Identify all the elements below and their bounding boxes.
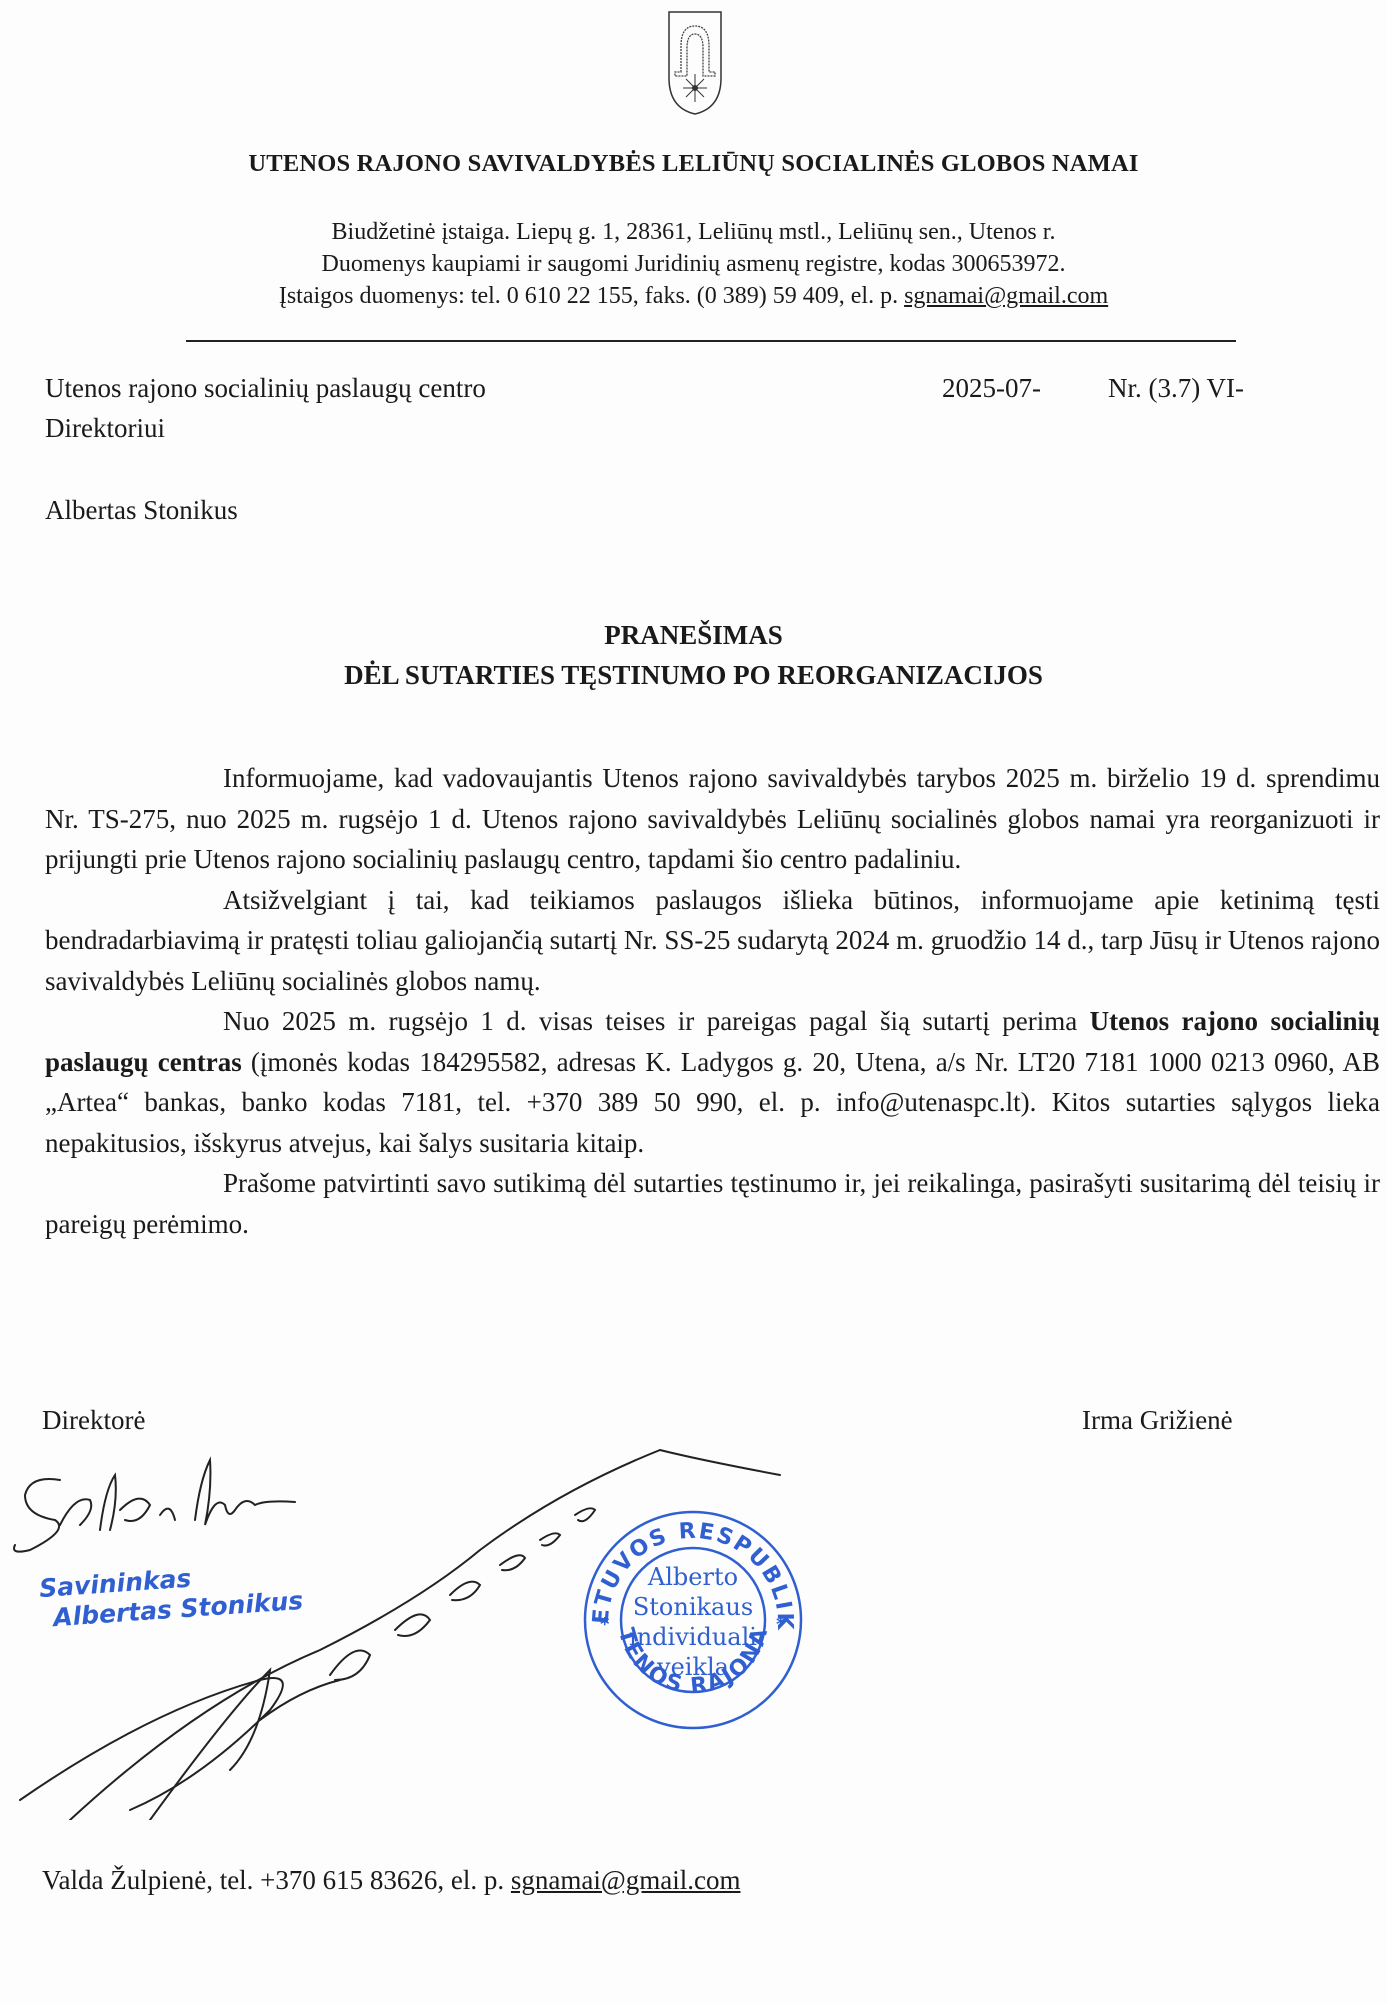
svg-text:*: *: [600, 1614, 610, 1635]
paragraph-3-text: Nuo 2025 m. rugsėjo 1 d. visas teises ir…: [223, 1006, 1090, 1036]
svg-text:Stonikaus: Stonikaus: [633, 1593, 753, 1621]
contact-person-text: Valda Žulpienė, tel. +370 615 83626, el.…: [42, 1865, 511, 1895]
header-divider: [186, 340, 1236, 342]
recipient-position: Direktoriui: [45, 408, 165, 448]
organization-registry: Duomenys kaupiami ir saugomi Juridinių a…: [0, 248, 1387, 280]
organization-address: Biudžetinė įstaiga. Liepų g. 1, 28361, L…: [0, 216, 1387, 248]
contact-email-link[interactable]: sgnamai@gmail.com: [511, 1865, 741, 1895]
round-seal-icon: LIETUVOS RESPUBLIKA UTENOS RAJONAS * * A…: [578, 1505, 808, 1735]
recipient-organization: Utenos rajono socialinių paslaugų centro: [45, 368, 486, 408]
signer-name: Irma Grižienė: [1082, 1400, 1233, 1440]
document-subtitle: DĖL SUTARTIES TĘSTINUMO PO REORGANIZACIJ…: [0, 655, 1387, 695]
paragraph-3: Nuo 2025 m. rugsėjo 1 d. visas teises ir…: [45, 1001, 1380, 1163]
document-body: Informuojame, kad vadovaujantis Utenos r…: [45, 758, 1380, 1244]
paragraph-2: Atsižvelgiant į tai, kad teikiamos pasla…: [45, 880, 1380, 1002]
horseshoe-star-shield-icon: [665, 8, 725, 118]
document-title: PRANEŠIMAS: [0, 615, 1387, 655]
paragraph-4: Prašome patvirtinti savo sutikimą dėl su…: [45, 1163, 1380, 1244]
svg-text:veikla: veikla: [656, 1653, 729, 1681]
addressee-name: Albertas Stonikus: [45, 490, 238, 530]
contact-person: Valda Žulpienė, tel. +370 615 83626, el.…: [42, 1860, 740, 1900]
document-number: Nr. (3.7) VI-: [1108, 368, 1244, 408]
contacts-email-link[interactable]: sgnamai@gmail.com: [904, 283, 1108, 309]
paragraph-1: Informuojame, kad vadovaujantis Utenos r…: [45, 758, 1380, 880]
organization-contacts: Įstaigos duomenys: tel. 0 610 22 155, fa…: [0, 280, 1387, 312]
contacts-text: Įstaigos duomenys: tel. 0 610 22 155, fa…: [279, 283, 904, 309]
document-date: 2025-07-: [942, 368, 1041, 408]
paragraph-3-rest: (įmonės kodas 184295582, adresas K. Lady…: [45, 1047, 1380, 1158]
svg-text:*: *: [776, 1614, 786, 1635]
svg-text:Alberto: Alberto: [647, 1563, 738, 1591]
organization-name: UTENOS RAJONO SAVIVALDYBĖS LELIŪNŲ SOCIA…: [0, 150, 1387, 178]
svg-text:individuali: individuali: [629, 1623, 757, 1651]
